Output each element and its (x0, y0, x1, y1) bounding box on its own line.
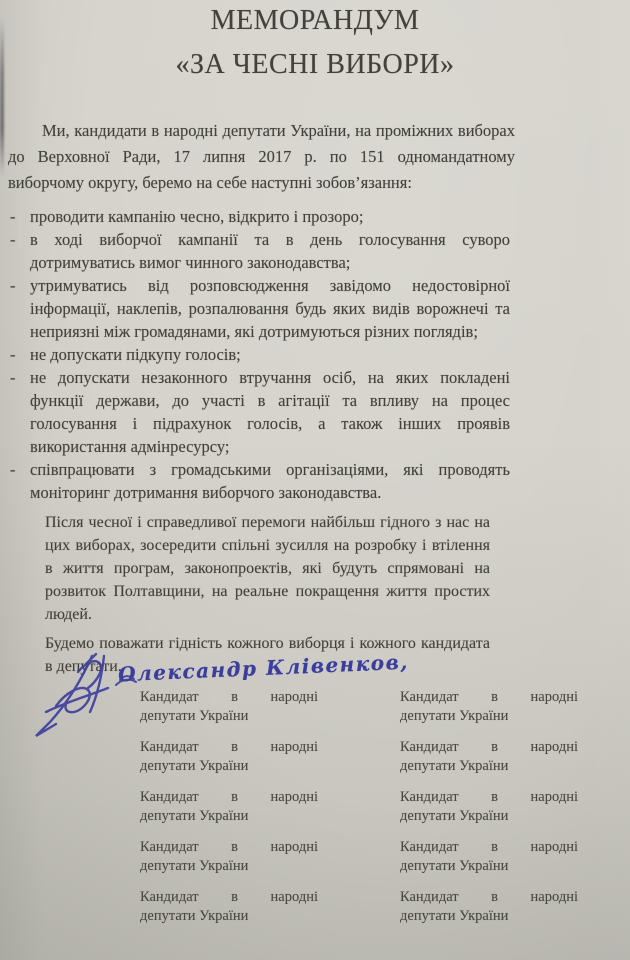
candidate-label-line1: Кандидат в народні (400, 888, 578, 907)
candidate-label-line1: Кандидат в народні (140, 838, 318, 857)
bullet-dash: - (10, 343, 30, 366)
list-item: - не допускати незаконного втручання осі… (10, 366, 510, 458)
candidate-signature-block: Кандидат в народні депутати України (140, 738, 318, 776)
bullet-dash: - (10, 458, 30, 504)
candidate-label-line2: депутати України (400, 707, 578, 726)
candidate-label-line1: Кандидат в народні (400, 838, 578, 857)
list-item: - в ході виборчої кампанії та в день гол… (10, 228, 510, 274)
candidate-label-line1: Кандидат в народні (140, 688, 318, 707)
candidate-label-line2: депутати України (400, 907, 578, 926)
candidate-signature-block: Кандидат в народні депутати України (400, 688, 578, 726)
candidate-signature-block: Кандидат в народні депутати України (400, 838, 578, 876)
candidate-label-line2: депутати України (140, 807, 318, 826)
candidate-label-line1: Кандидат в народні (400, 788, 578, 807)
list-item-text: проводити кампанію чесно, відкрито і про… (30, 205, 510, 228)
list-item-text: утримуватись від розповсюдження завідомо… (30, 274, 510, 343)
candidate-signature-grid: Кандидат в народні депутати України Канд… (140, 688, 578, 926)
candidate-signature-block: Кандидат в народні депутати України (140, 838, 318, 876)
candidate-label-line2: депутати України (140, 857, 318, 876)
handwritten-name: Олександр Клівенков, (118, 650, 410, 687)
candidate-signature-block: Кандидат в народні депутати України (140, 888, 318, 926)
memorandum-photo-page: МЕМОРАНДУМ «ЗА ЧЕСНІ ВИБОРИ» Ми, кандида… (0, 0, 630, 960)
doc-title: МЕМОРАНДУМ (0, 0, 630, 36)
signatures-section: Олександр Клівенков, Кандидат в народні … (0, 648, 630, 960)
candidate-label-line1: Кандидат в народні (400, 738, 578, 757)
candidate-signature-block: Кандидат в народні депутати України (140, 688, 318, 726)
list-item: - проводити кампанію чесно, відкрито і п… (10, 205, 510, 228)
list-item-text: в ході виборчої кампанії та в день голос… (30, 228, 510, 274)
bullet-dash: - (10, 205, 30, 228)
bullet-dash: - (10, 274, 30, 343)
document-body: МЕМОРАНДУМ «ЗА ЧЕСНІ ВИБОРИ» Ми, кандида… (0, 0, 630, 960)
intro-paragraph: Ми, кандидати в народні депутати України… (0, 118, 630, 196)
candidate-signature-block: Кандидат в народні депутати України (400, 738, 578, 776)
list-item: - співпрацювати з громадськими організац… (10, 458, 510, 504)
list-item: - утримуватись від розповсюдження завідо… (10, 274, 510, 343)
candidate-label-line1: Кандидат в народні (140, 888, 318, 907)
candidate-signature-block: Кандидат в народні депутати України (140, 788, 318, 826)
bullet-dash: - (10, 366, 30, 458)
candidate-label-line1: Кандидат в народні (400, 688, 578, 707)
doc-subtitle: «ЗА ЧЕСНІ ВИБОРИ» (0, 50, 630, 80)
candidate-label-line2: депутати України (400, 807, 578, 826)
list-item: - не допускати підкупу голосів; (10, 343, 510, 366)
list-item-text: не допускати незаконного втручання осіб,… (30, 366, 510, 458)
candidate-label-line1: Кандидат в народні (140, 788, 318, 807)
candidate-signature-block: Кандидат в народні депутати України (400, 788, 578, 826)
candidate-label-line2: депутати України (140, 907, 318, 926)
candidate-label-line2: депутати України (400, 757, 578, 776)
obligations-list: - проводити кампанію чесно, відкрито і п… (0, 205, 630, 504)
candidate-label-line1: Кандидат в народні (140, 738, 318, 757)
candidate-label-line2: депутати України (400, 857, 578, 876)
list-item-text: співпрацювати з громадськими організація… (30, 458, 510, 504)
candidate-label-line2: депутати України (140, 757, 318, 776)
candidate-label-line2: депутати України (140, 707, 318, 726)
list-item-text: не допускати підкупу голосів; (30, 343, 510, 366)
closing-paragraph-1: Після чесної і справедливої перемоги най… (45, 511, 490, 626)
bullet-dash: - (10, 228, 30, 274)
candidate-signature-block: Кандидат в народні депутати України (400, 888, 578, 926)
